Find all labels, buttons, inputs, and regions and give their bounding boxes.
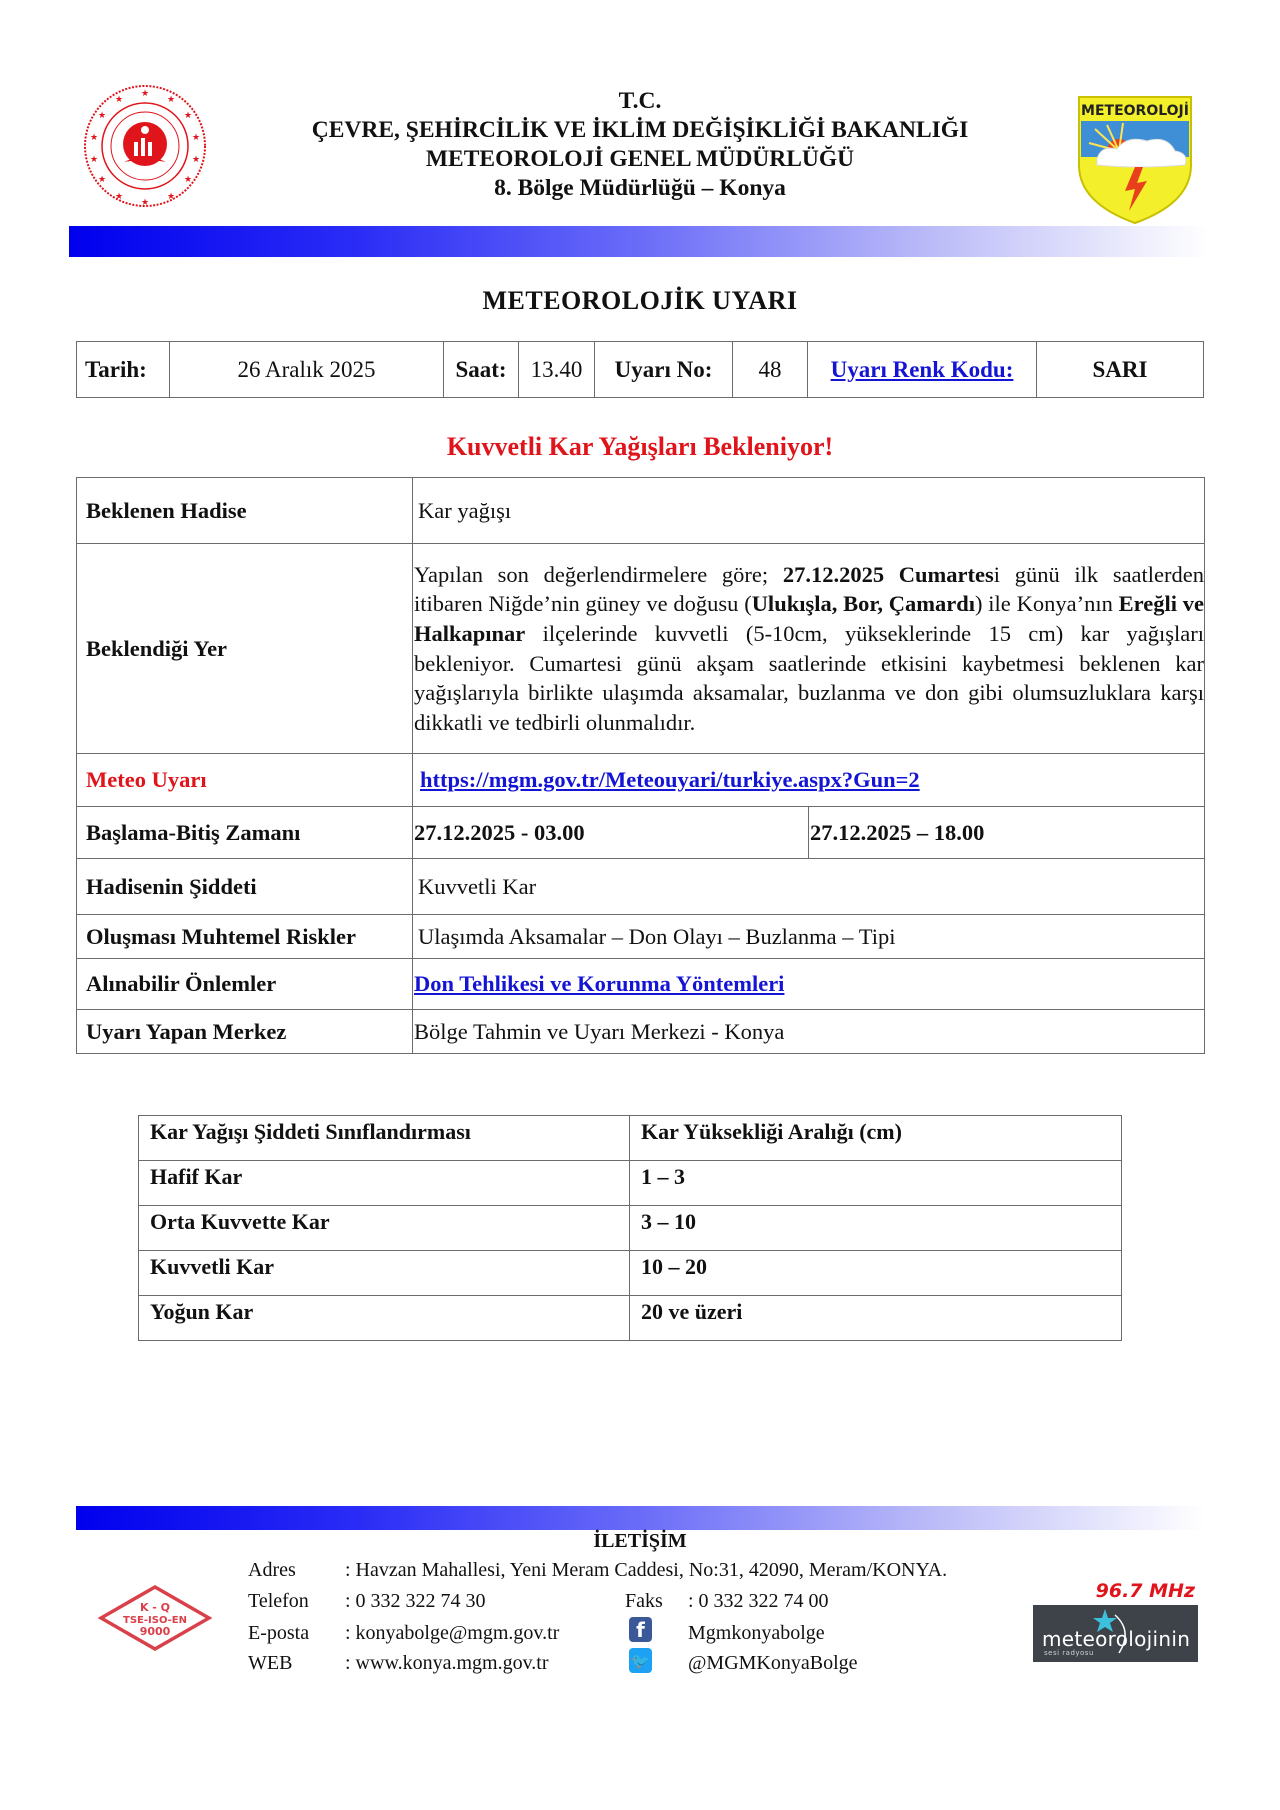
table-row: Uyarı Yapan Merkez Bölge Tahmin ve Uyarı… bbox=[77, 1010, 1205, 1054]
web-value[interactable]: : www.konya.mgm.gov.tr bbox=[345, 1651, 549, 1675]
svg-text:★: ★ bbox=[98, 175, 106, 185]
meteoroloji-logo: METEOROLOJİ bbox=[1077, 95, 1193, 225]
header-line-ministry: ÇEVRE, ŞEHİRCİLİK VE İKLİM DEĞİŞİKLİĞİ B… bbox=[240, 116, 1040, 145]
table-row: Hadisenin Şiddeti Kuvvetli Kar bbox=[77, 859, 1205, 915]
event-label: Beklenen Hadise bbox=[77, 478, 413, 544]
web-label: WEB bbox=[248, 1651, 292, 1675]
svg-text:K - Q: K - Q bbox=[140, 1601, 170, 1614]
radio-logo: meteorolojinin sesi radyosu bbox=[1033, 1605, 1198, 1662]
date-label: Tarih: bbox=[77, 342, 170, 398]
page-title: METEOROLOJİK UYARI bbox=[0, 286, 1280, 316]
svg-text:★: ★ bbox=[98, 111, 106, 121]
class-range: 10 – 20 bbox=[630, 1251, 1122, 1296]
class-name: Hafif Kar bbox=[139, 1161, 630, 1206]
svg-text:METEOROLOJİ: METEOROLOJİ bbox=[1081, 102, 1189, 119]
address-value: : Havzan Mahallesi, Yeni Meram Caddesi, … bbox=[345, 1558, 947, 1582]
color-code-link[interactable]: Uyarı Renk Kodu: bbox=[831, 357, 1014, 382]
snow-classification-table: Kar Yağışı Şiddeti Sınıflandırması Kar Y… bbox=[138, 1115, 1122, 1341]
header-gradient-bar bbox=[69, 226, 1209, 257]
measures-link-cell: Don Tehlikesi ve Korunma Yöntemleri bbox=[413, 959, 1205, 1010]
time-value: 13.40 bbox=[519, 342, 595, 398]
class-name: Kuvvetli Kar bbox=[139, 1251, 630, 1296]
center-label: Uyarı Yapan Merkez bbox=[77, 1010, 413, 1054]
class-range: 3 – 10 bbox=[630, 1206, 1122, 1251]
header-line-region: 8. Bölge Müdürlüğü – Konya bbox=[240, 174, 1040, 203]
twitter-handle[interactable]: @MGMKonyaBolge bbox=[688, 1651, 858, 1675]
meteo-link-cell: https://mgm.gov.tr/Meteouyari/turkiye.as… bbox=[413, 754, 1205, 807]
warning-info-table: Tarih: 26 Aralık 2025 Saat: 13.40 Uyarı … bbox=[76, 341, 1204, 398]
footer-gradient-bar bbox=[76, 1506, 1206, 1530]
meteo-warning-label: Meteo Uyarı bbox=[77, 754, 413, 807]
svg-text:★: ★ bbox=[141, 198, 149, 208]
time-start-value: 27.12.2025 - 03.00 bbox=[413, 807, 809, 859]
class-range: 20 ve üzeri bbox=[630, 1296, 1122, 1341]
svg-text:★: ★ bbox=[167, 95, 175, 105]
risks-value: Ulaşımda Aksamalar – Don Olayı – Buzlanm… bbox=[413, 915, 1205, 959]
contact-title: İLETİŞİM bbox=[0, 1530, 1280, 1553]
risks-label: Oluşması Muhtemel Riskler bbox=[77, 915, 413, 959]
class-range: 1 – 3 bbox=[630, 1161, 1122, 1206]
phone-value: : 0 332 322 74 30 bbox=[345, 1589, 486, 1613]
color-code-cell: Uyarı Renk Kodu: bbox=[808, 342, 1037, 398]
svg-text:9000: 9000 bbox=[140, 1625, 171, 1638]
phone-label: Telefon bbox=[248, 1589, 309, 1613]
svg-text:★: ★ bbox=[90, 133, 98, 143]
email-label: E-posta bbox=[248, 1621, 309, 1645]
table-row: Yoğun Kar 20 ve üzeri bbox=[139, 1296, 1122, 1341]
svg-text:★: ★ bbox=[90, 155, 98, 165]
ministry-seal-logo: ★★★ ★★★ ★★★ ★★★ ★★ bbox=[78, 82, 212, 210]
radio-subtitle: sesi radyosu bbox=[1044, 1649, 1094, 1657]
table-row: Orta Kuvvette Kar 3 – 10 bbox=[139, 1206, 1122, 1251]
severity-value: Kuvvetli Kar bbox=[413, 859, 1205, 915]
center-value: Bölge Tahmin ve Uyarı Merkezi - Konya bbox=[413, 1010, 1205, 1054]
svg-text:★: ★ bbox=[192, 155, 200, 165]
event-value: Kar yağışı bbox=[413, 478, 1205, 544]
meteo-warning-link[interactable]: https://mgm.gov.tr/Meteouyari/turkiye.as… bbox=[420, 767, 920, 792]
measures-link[interactable]: Don Tehlikesi ve Korunma Yöntemleri bbox=[414, 971, 784, 996]
header-line-tc: T.C. bbox=[240, 87, 1040, 116]
header-title-block: T.C. ÇEVRE, ŞEHİRCİLİK VE İKLİM DEĞİŞİKL… bbox=[240, 87, 1040, 203]
radio-name: meteorolojinin bbox=[1042, 1627, 1190, 1651]
svg-text:★: ★ bbox=[115, 192, 123, 202]
facebook-handle[interactable]: Mgmkonyabolge bbox=[688, 1621, 825, 1645]
class-name: Yoğun Kar bbox=[139, 1296, 630, 1341]
iso-9000-badge: K - Q TSE-ISO-EN 9000 bbox=[98, 1584, 212, 1652]
email-value[interactable]: : konyabolge@mgm.gov.tr bbox=[345, 1621, 559, 1645]
svg-text:★: ★ bbox=[115, 95, 123, 105]
measures-label: Alınabilir Önlemler bbox=[77, 959, 413, 1010]
column-header: Kar Yağışı Şiddeti Sınıflandırması bbox=[139, 1116, 630, 1161]
warning-headline: Kuvvetli Kar Yağışları Bekleniyor! bbox=[0, 432, 1280, 462]
class-name: Orta Kuvvette Kar bbox=[139, 1206, 630, 1251]
location-description: Yapılan son değerlendirmelere göre; 27.1… bbox=[413, 544, 1205, 754]
time-label: Saat: bbox=[444, 342, 519, 398]
severity-label: Hadisenin Şiddeti bbox=[77, 859, 413, 915]
svg-text:★: ★ bbox=[141, 89, 149, 99]
warning-no-label: Uyarı No: bbox=[595, 342, 733, 398]
table-row: Kuvvetli Kar 10 – 20 bbox=[139, 1251, 1122, 1296]
color-code-value: SARI bbox=[1037, 342, 1204, 398]
table-row: Beklendiği Yer Yapılan son değerlendirme… bbox=[77, 544, 1205, 754]
address-label: Adres bbox=[248, 1558, 296, 1582]
fax-label: Faks bbox=[625, 1589, 663, 1613]
fax-value: : 0 332 322 74 00 bbox=[688, 1589, 829, 1613]
warning-details-table: Beklenen Hadise Kar yağışı Beklendiği Ye… bbox=[76, 477, 1205, 1054]
svg-text:★: ★ bbox=[167, 192, 175, 202]
twitter-icon[interactable]: 🐦 bbox=[629, 1648, 652, 1673]
warning-no-value: 48 bbox=[733, 342, 808, 398]
table-row: Oluşması Muhtemel Riskler Ulaşımda Aksam… bbox=[77, 915, 1205, 959]
facebook-icon[interactable]: f bbox=[629, 1617, 652, 1642]
time-range-label: Başlama-Bitiş Zamanı bbox=[77, 807, 413, 859]
table-row: Meteo Uyarı https://mgm.gov.tr/Meteouyar… bbox=[77, 754, 1205, 807]
time-end-value: 27.12.2025 – 18.00 bbox=[809, 807, 1205, 859]
table-row: Alınabilir Önlemler Don Tehlikesi ve Kor… bbox=[77, 959, 1205, 1010]
location-label: Beklendiği Yer bbox=[77, 544, 413, 754]
table-row: Beklenen Hadise Kar yağışı bbox=[77, 478, 1205, 544]
date-value: 26 Aralık 2025 bbox=[170, 342, 444, 398]
svg-text:★: ★ bbox=[184, 175, 192, 185]
svg-text:★: ★ bbox=[192, 133, 200, 143]
table-row: Hafif Kar 1 – 3 bbox=[139, 1161, 1122, 1206]
svg-text:★: ★ bbox=[184, 111, 192, 121]
radio-frequency: 96.7 MHz bbox=[1085, 1580, 1195, 1602]
column-header: Kar Yüksekliği Aralığı (cm) bbox=[630, 1116, 1122, 1161]
table-row: Başlama-Bitiş Zamanı 27.12.2025 - 03.00 … bbox=[77, 807, 1205, 859]
table-header-row: Kar Yağışı Şiddeti Sınıflandırması Kar Y… bbox=[139, 1116, 1122, 1161]
header-line-directorate: METEOROLOJİ GENEL MÜDÜRLÜĞÜ bbox=[240, 145, 1040, 174]
